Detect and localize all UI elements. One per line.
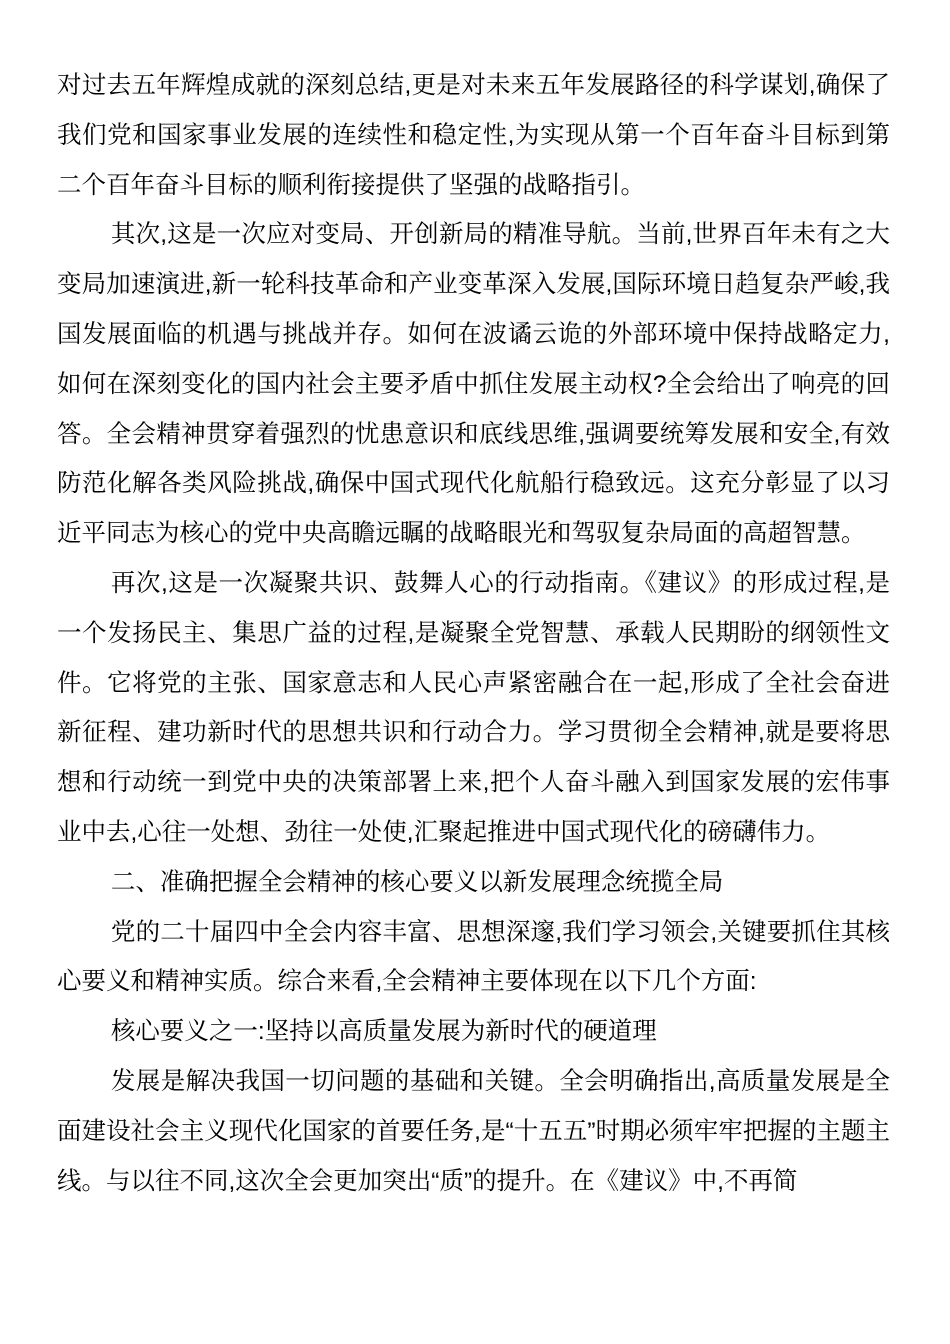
document-body: 对过去五年辉煌成就的深刻总结,更是对未来五年发展路径的科学谋划,确保了我们党和国… xyxy=(57,61,890,1206)
paragraph: 其次,这是一次应对变局、开创新局的精准导航。当前,世界百年未有之大变局加速演进,… xyxy=(57,210,890,559)
paragraph: 党的二十届四中全会内容丰富、思想深邃,我们学习领会,关键要抓住其核心要义和精神实… xyxy=(57,908,890,1008)
document-page: 对过去五年辉煌成就的深刻总结,更是对未来五年发展路径的科学谋划,确保了我们党和国… xyxy=(0,0,950,1344)
paragraph: 对过去五年辉煌成就的深刻总结,更是对未来五年发展路径的科学谋划,确保了我们党和国… xyxy=(57,61,890,210)
paragraph: 发展是解决我国一切问题的基础和关键。全会明确指出,高质量发展是全面建设社会主义现… xyxy=(57,1057,890,1206)
section-heading: 核心要义之一:坚持以高质量发展为新时代的硬道理 xyxy=(57,1007,890,1057)
paragraph: 再次,这是一次凝聚共识、鼓舞人心的行动指南。《建议》的形成过程,是一个发扬民主、… xyxy=(57,559,890,858)
section-heading: 二、准确把握全会精神的核心要义以新发展理念统揽全局 xyxy=(57,858,890,908)
